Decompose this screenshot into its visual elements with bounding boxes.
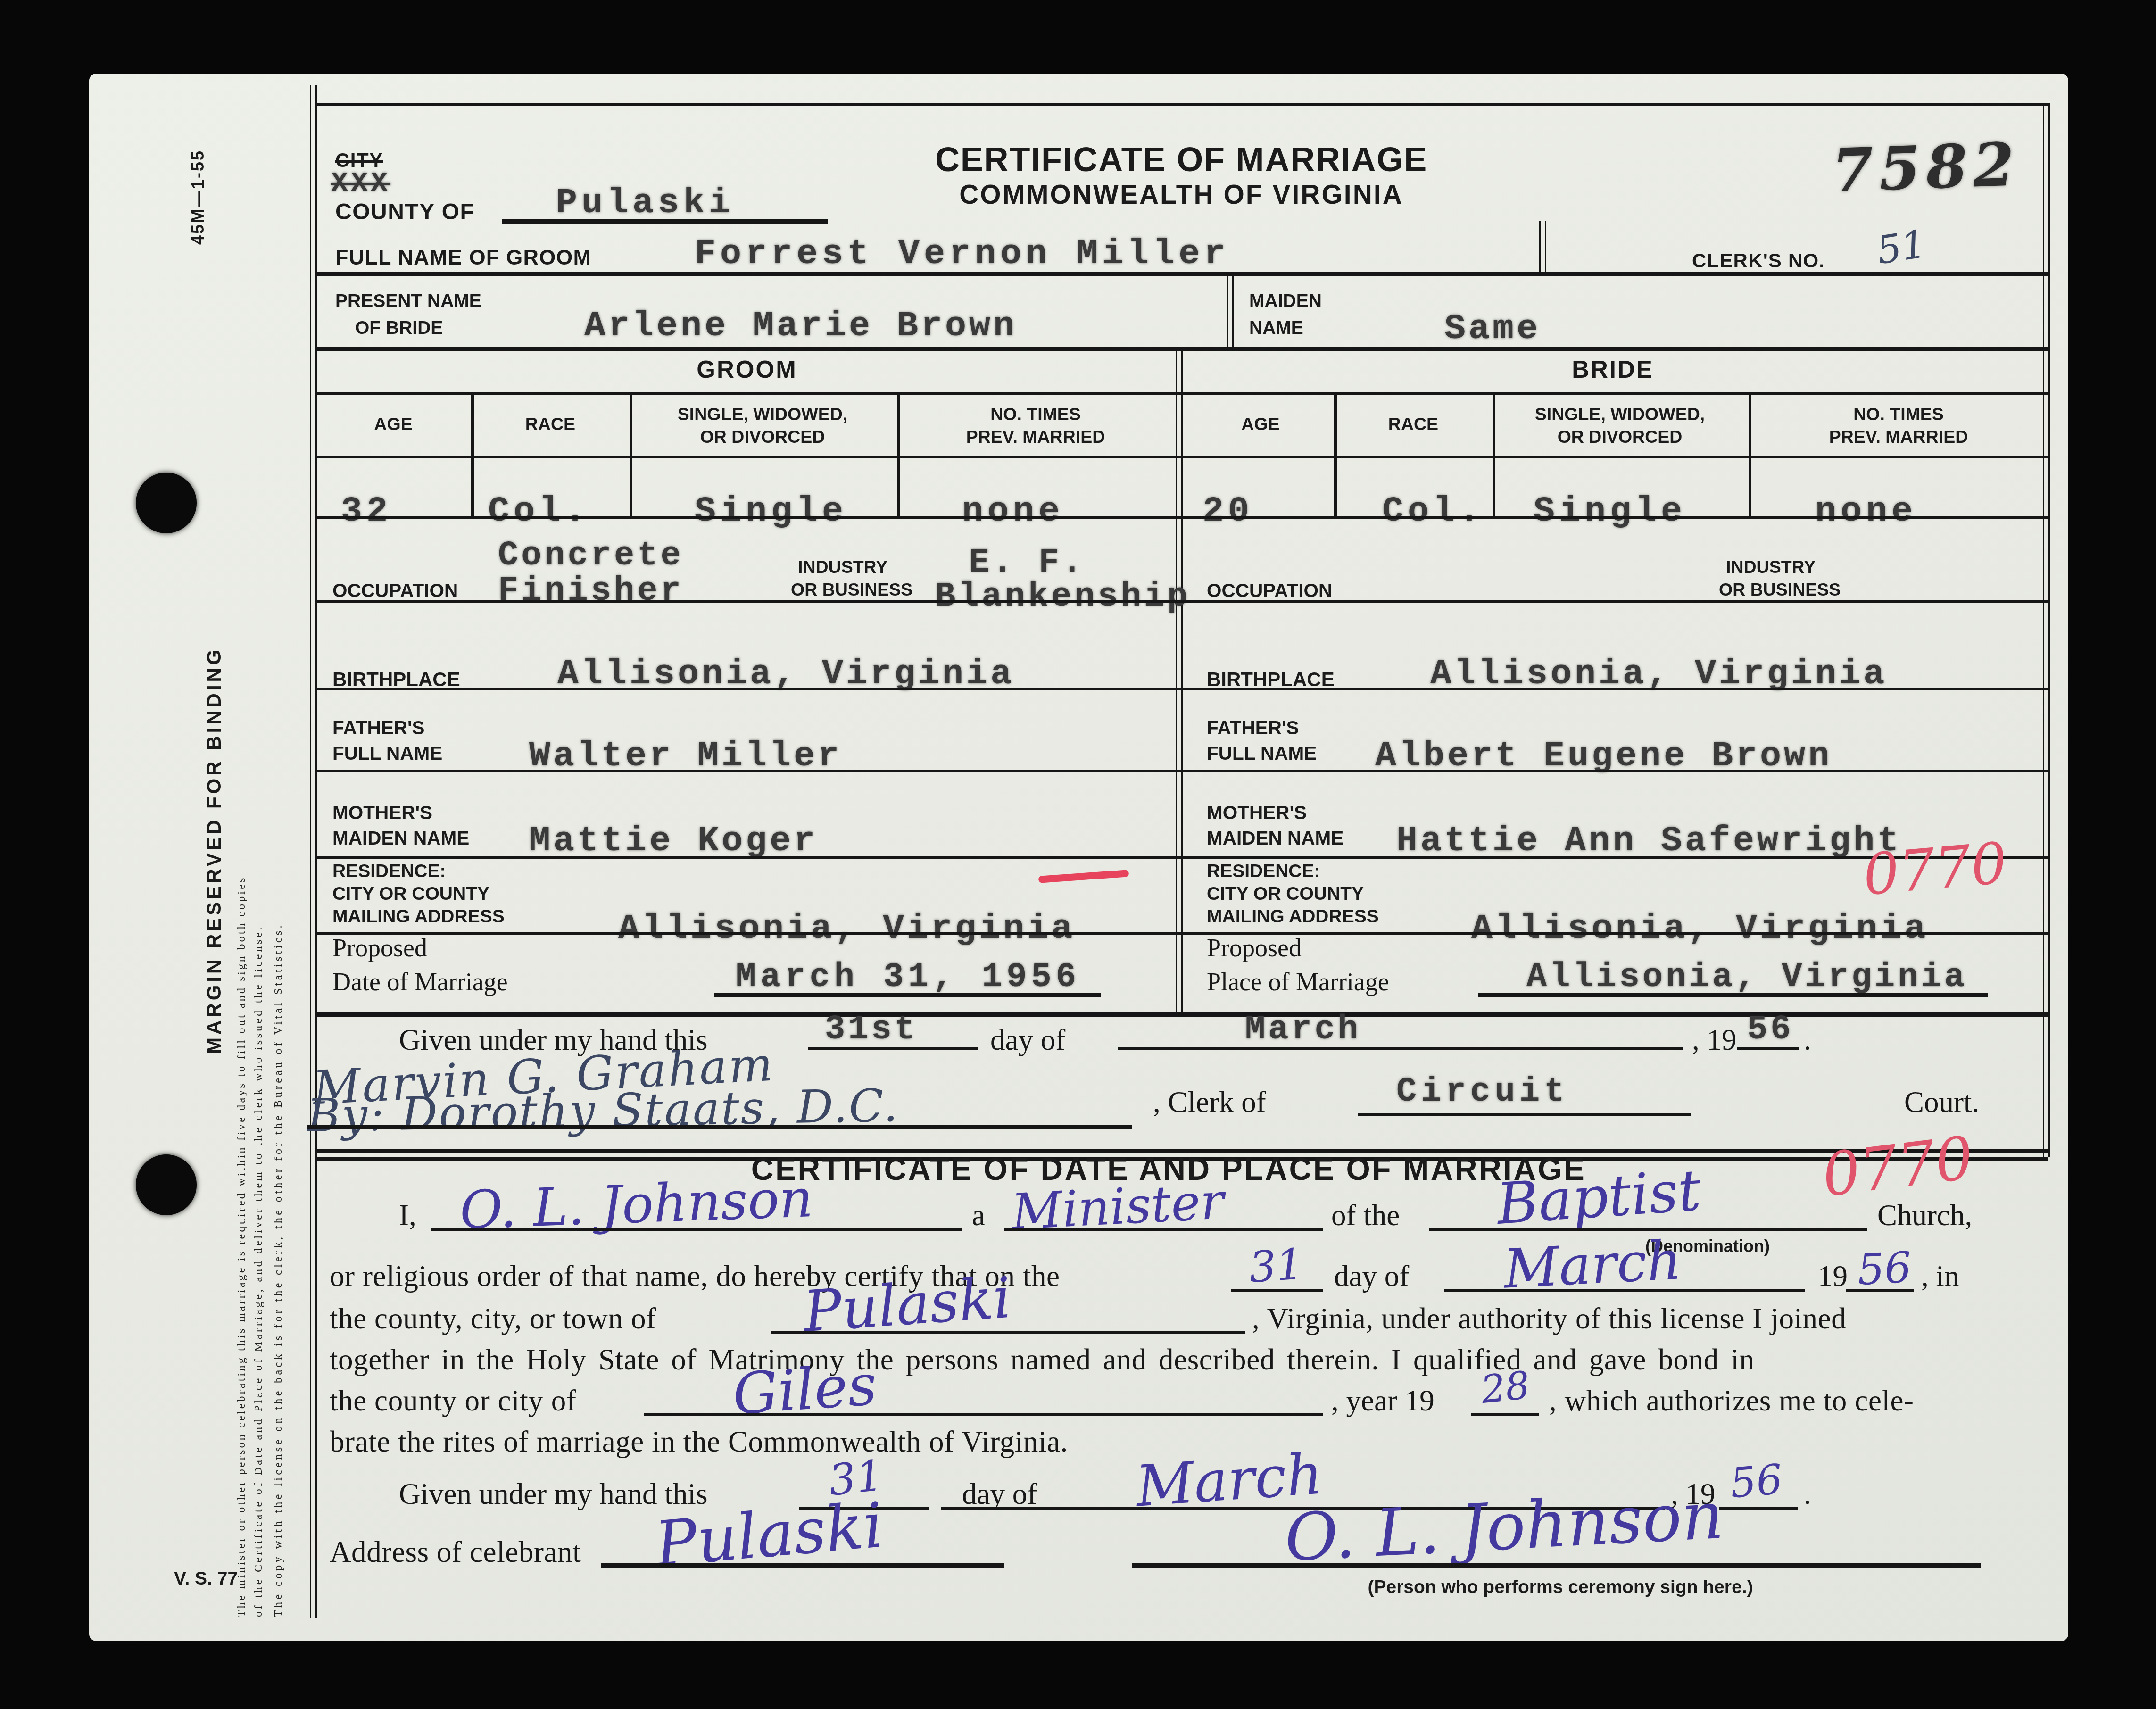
margin-instructions-line2: of the Certificate of Date and Place of … [252,117,265,1617]
groom-occupation-line2: Finisher [498,573,684,611]
bride-residence-value: Allisonia, Virginia [1471,908,1928,949]
court-word: Court. [1904,1085,1979,1120]
cert-day-underline [1231,1289,1323,1292]
court-type-underline [1358,1113,1691,1117]
margin-instructions-line1: The minister or other person celebrating… [235,117,248,1617]
proposed-date-label: Date of Marriage [332,968,508,997]
groom-name-label: FULL NAME OF GROOM [335,246,591,270]
proposed-place-value: Allisonia, Virginia [1526,959,1967,997]
city-strikeout-xxx: XXX [331,168,390,201]
clerk-year-value: 56 [1747,1012,1793,1050]
cert-day-value: 31 [1247,1240,1305,1294]
bride-section-header: BRIDE [1572,357,1654,385]
bride-father-label-1: FATHER'S [1207,717,1299,738]
celebrant-signature: O. L. Johnson [1283,1477,1725,1576]
cert-i-word: I, [399,1198,416,1234]
groom-residence-label-2: CITY OR COUNTY [332,883,489,904]
punch-hole-top [136,473,197,533]
groom-father-label-1: FATHER'S [332,717,425,738]
commonwealth-subtitle: COMMONWEALTH OF VIRGINIA [959,181,1403,212]
groom-father-label-2: FULL NAME [332,743,442,764]
cert-given2-pre: Given under my hand this [399,1477,707,1512]
cert-given2-year-underline [1719,1507,1798,1510]
groom-age-header: AGE [374,415,412,434]
groom-residence-value: Allisonia, Virginia [618,908,1075,949]
binding-margin-rule [310,85,317,1618]
groom-section-header: GROOM [697,357,797,385]
cert-given2-period: . [1804,1477,1811,1512]
groom-status-header-1: SINGLE, WIDOWED, [678,405,847,424]
bride-times-value: none [1815,491,1917,532]
groom-residence-label-3: MAILING ADDRESS [332,905,505,927]
certificate-paper: 45M—1-55 MARGIN RESERVED FOR BINDING The… [89,74,2068,1641]
bride-industry-label-1: INDUSTRY [1726,557,1816,577]
binding-margin-notice: MARGIN RESERVED FOR BINDING [202,630,225,1054]
groom-industry-label-1: INDUSTRY [798,557,887,577]
cert-line4: together in the Holy State of Matrimony … [330,1343,1754,1378]
groom-age-value: 32 [341,491,392,532]
bride-mother-label-1: MOTHER'S [1207,802,1307,823]
bride-occupation-label: OCCUPATION [1207,580,1332,601]
celebrant-role-underline [1004,1228,1323,1231]
bride-race-header: RACE [1388,415,1438,434]
cert-year-value: 56 [1856,1244,1913,1296]
cert-line6: brate the rites of marriage in the Commo… [330,1425,1068,1460]
maiden-name-label-2: NAME [1249,317,1303,338]
groom-residence-label-1: RESIDENCE: [332,860,446,881]
groom-industry-label-2: OR BUSINESS [791,580,912,600]
bride-status-header-1: SINGLE, WIDOWED, [1535,405,1705,424]
bride-status-value: Single [1534,491,1686,532]
red-code-cert: 0770 [1818,1123,1977,1210]
groom-times-header-1: NO. TIMES [990,405,1081,424]
sign-here-note: (Person who performs ceremony sign here.… [1368,1576,1753,1597]
groom-status-header-2: OR DIVORCED [700,427,825,447]
rule-under-mother [315,856,2048,859]
rule-under-stats [315,516,2048,519]
maiden-name-divider [1227,272,1234,347]
rule-under-col-headers [315,456,2048,458]
bride-residence-label-3: MAILING ADDRESS [1207,905,1379,927]
address-of-celebrant-label: Address of celebrant [330,1535,581,1570]
rule-under-residence [315,932,2048,935]
celebrant-role-value: Minister [1010,1174,1225,1242]
groom-industry-line2: Blankenship [935,579,1190,617]
bride-times-header-2: PREV. MARRIED [1829,427,1968,447]
deputy-clerk-signature: By: Dorothy Staats, D.C. [307,1078,899,1143]
county-of-label: COUNTY OF [335,201,474,226]
form-code: 45M—1-55 [188,117,208,245]
cert-line2-day-of: day of [1334,1259,1409,1294]
groom-race-header: RACE [525,415,575,434]
celebrant-name-underline [431,1228,962,1231]
bride-name-label-1: PRESENT NAME [335,290,481,311]
clerk-day-value: 31st [825,1012,918,1050]
cert-bond-county-underline [644,1413,1323,1417]
address-underline [601,1563,1004,1567]
certificate-scan: 45M—1-55 MARGIN RESERVED FOR BINDING The… [0,0,2156,1709]
bride-mother-label-2: MAIDEN NAME [1207,828,1343,849]
table-center-divider [1176,347,1183,1013]
denomination-value: Baptist [1495,1159,1703,1238]
bride-race-value: Col. [1382,491,1484,532]
cert-bond-year-underline [1471,1413,1539,1417]
groom-birthplace-label: BIRTHPLACE [332,668,460,690]
county-value: Pulaski [556,183,734,224]
clerk-year-pre: , 19 [1692,1023,1737,1058]
groom-occupation-label: OCCUPATION [332,580,458,601]
cert-line5-end: , which authorizes me to cele- [1549,1384,1914,1419]
cert-bond-year-value: 28 [1479,1364,1532,1413]
clerk-day-underline [808,1047,978,1050]
cert-19-text: 19 [1818,1259,1848,1294]
bride-industry-label-2: OR BUSINESS [1719,580,1841,600]
groom-mother-value: Mattie Koger [529,821,818,862]
celebrant-signature-underline [1132,1563,1981,1567]
court-type-value: Circuit [1396,1074,1568,1112]
clerk-no-label: CLERK'S NO. [1692,249,1825,272]
bride-status-header-2: OR DIVORCED [1558,427,1683,447]
rule-under-father [315,770,2048,772]
proposed-place-label: Place of Marriage [1207,968,1389,997]
certificate-title: CERTIFICATE OF MARRIAGE [935,141,1427,181]
cert-month-underline [1444,1289,1805,1292]
proposed-date-value: March 31, 1956 [736,959,1080,997]
red-check-mark [1038,870,1129,883]
bride-age-value: 20 [1202,491,1253,532]
bride-times-header-1: NO. TIMES [1853,405,1944,424]
rule-under-section-headers [315,392,2048,395]
cert-of-the: of the [1331,1198,1400,1234]
cert-line5-year-pre: , year 19 [1331,1384,1435,1419]
cert-given2-year: 56 [1728,1455,1784,1507]
bride-name-label-2: OF BRIDE [355,317,443,338]
clerk-period: . [1804,1023,1811,1058]
clerk-no-divider [1539,221,1546,272]
county-underline [502,219,828,223]
city-label: CITY [335,149,383,171]
cert-a-word: a [972,1198,985,1234]
bride-birthplace-label: BIRTHPLACE [1207,668,1335,690]
cert-line2-end: , in [1921,1259,1959,1294]
groom-occupation-line1: Concrete [498,538,684,576]
clerk-no-value: 51 [1874,223,1929,274]
rule-under-birthplace [315,688,2048,690]
license-number-stamp: 7582 [1831,130,2022,206]
bride-age-header: AGE [1241,415,1279,434]
clerk-month-underline [1118,1047,1683,1050]
punch-hole-bottom [136,1154,197,1215]
top-border [315,103,2048,106]
cert-bond-county-value: Giles [731,1353,879,1428]
groom-proposed-label: Proposed [332,934,427,963]
groom-name-value: Forrest Vernon Miller [695,233,1229,274]
groom-mother-label-2: MAIDEN NAME [332,828,469,849]
vs-form-number: V. S. 77 [174,1568,238,1589]
cert-year-underline [1846,1289,1914,1292]
groom-industry-line1: E. F. [969,545,1085,583]
rule-under-occupation [315,600,2048,603]
maiden-name-label-1: MAIDEN [1249,290,1322,311]
proposed-date-underline [714,993,1101,997]
groom-times-header-2: PREV. MARRIED [966,427,1105,447]
clerk-month-value: March [1245,1012,1361,1050]
bride-residence-label-1: RESIDENCE: [1207,860,1320,881]
margin-instructions-line3: The copy with the license on the back is… [272,117,284,1617]
groom-race-value: Col. [488,491,590,532]
cert-line3-end: , Virginia, under authority of this lice… [1252,1302,1846,1337]
cert-line3-pre: the county, city, or town of [330,1302,656,1337]
clerk-year-underline [1737,1047,1799,1050]
clerk-day-of: day of [990,1023,1065,1058]
bride-mother-value: Hattie Ann Safewright [1396,821,1901,862]
bride-residence-label-2: CITY OR COUNTY [1207,883,1364,904]
maiden-name-value: Same [1444,308,1541,349]
right-border [2043,103,2050,1157]
clerk-signature-underline [307,1125,1132,1128]
bride-name-value: Arlene Marie Brown [584,306,1017,347]
cert-line5-pre: the county or city of [330,1384,577,1419]
cert-town-underline [771,1331,1245,1335]
cert-church-word: Church, [1877,1198,1972,1234]
bride-father-label-2: FULL NAME [1207,743,1317,764]
rule-under-groom-name [315,272,2048,276]
groom-status-value: Single [695,491,847,532]
red-code-residence: 0770 [1861,831,2010,909]
groom-mother-label-1: MOTHER'S [332,802,432,823]
proposed-place-underline [1478,993,1988,997]
bride-proposed-label: Proposed [1207,934,1302,963]
groom-times-value: none [962,491,1064,532]
clerk-of-text: , Clerk of [1153,1085,1266,1120]
